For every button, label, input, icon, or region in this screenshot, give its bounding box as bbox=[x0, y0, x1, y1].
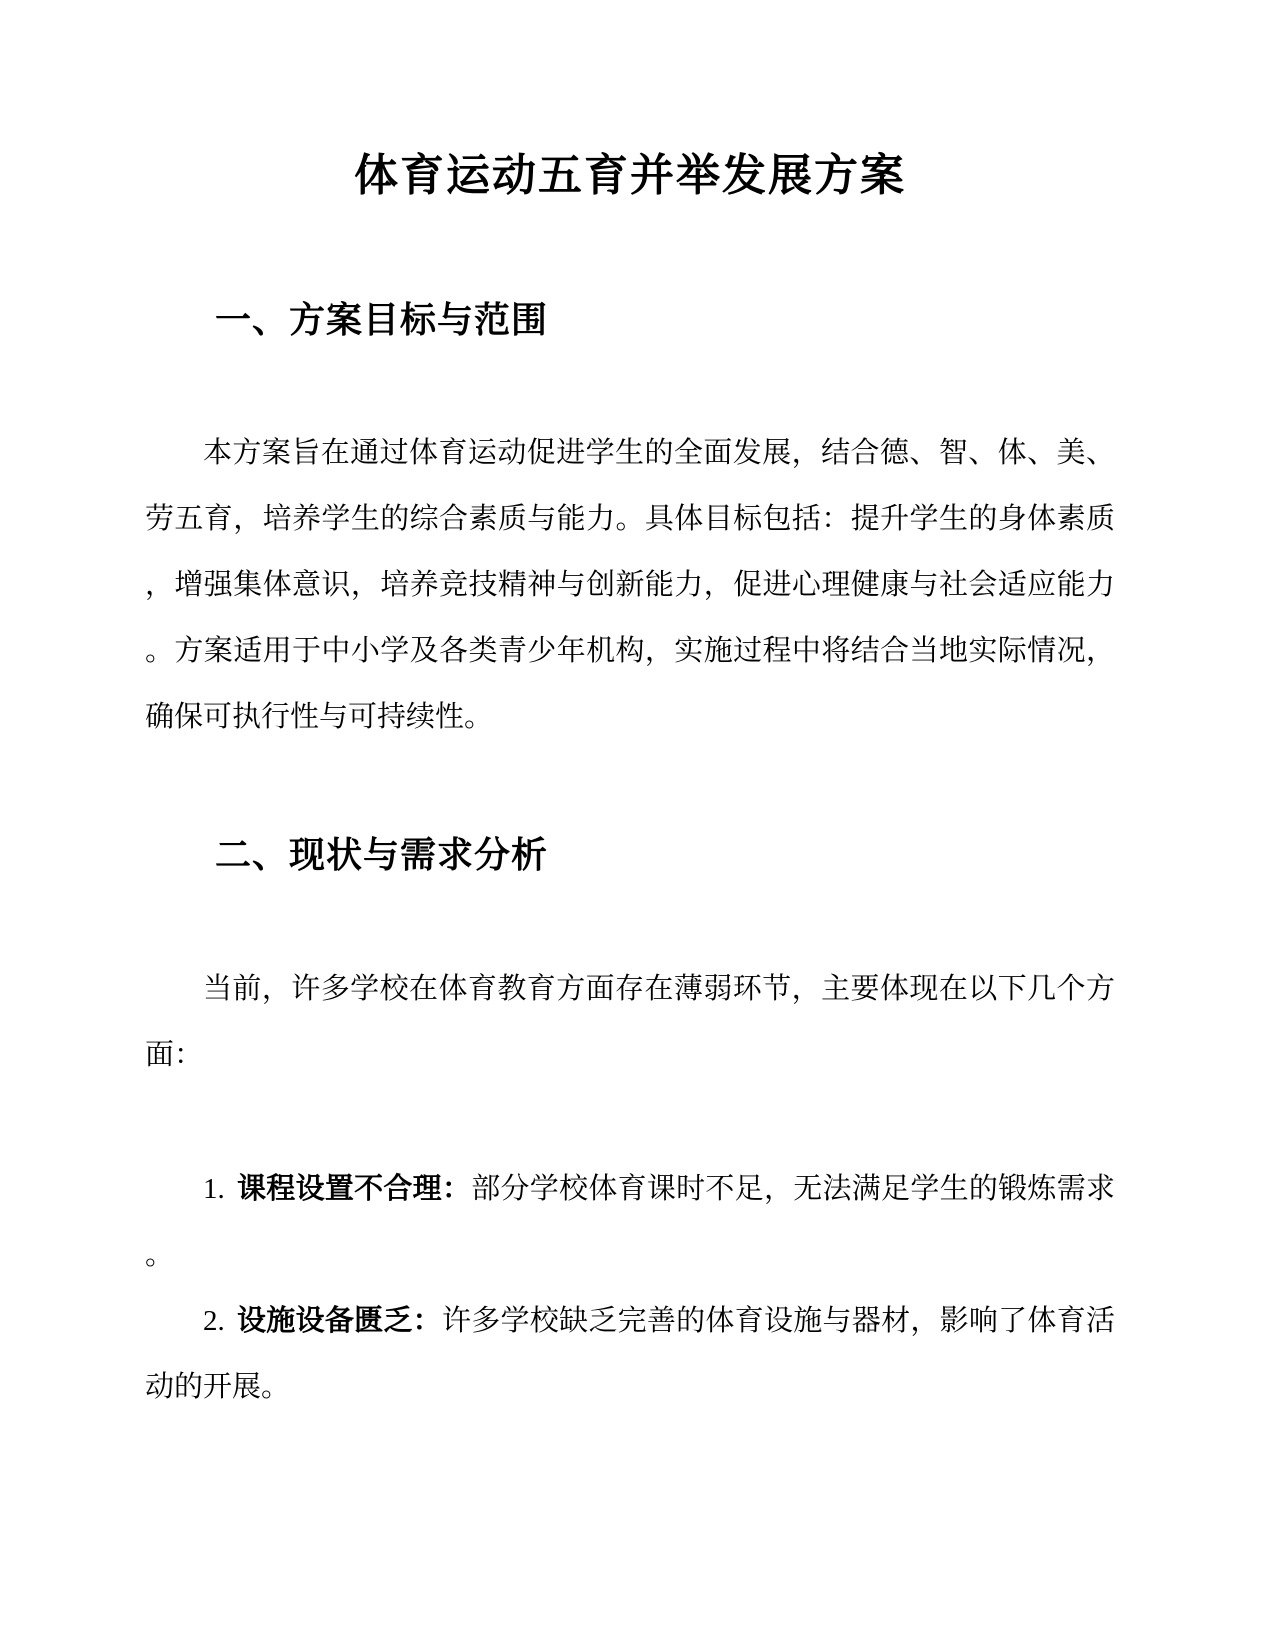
paragraph-objectives: 本方案旨在通过体育运动促进学生的全面发展，结合德、智、体、美、劳五育，培养学生的… bbox=[145, 420, 1115, 750]
document-title: 体育运动五育并举发展方案 bbox=[145, 150, 1115, 202]
list-item-curriculum-label: 课程设置不合理： bbox=[237, 1173, 471, 1205]
list-item-curriculum-number: 1. bbox=[203, 1173, 225, 1205]
section-heading-objectives: 一、方案目标与范围 bbox=[145, 298, 1115, 342]
document-page: 体育运动五育并举发展方案 一、方案目标与范围 本方案旨在通过体育运动促进学生的全… bbox=[0, 0, 1275, 1650]
list-item-facilities: 2.设施设备匮乏：许多学校缺乏完善的体育设施与器材，影响了体育活动的开展。 bbox=[145, 1288, 1115, 1420]
list-item-curriculum: 1.课程设置不合理：部分学校体育课时不足，无法满足学生的锻炼需求。 bbox=[145, 1156, 1115, 1288]
list-item-facilities-number: 2. bbox=[203, 1305, 225, 1337]
paragraph-analysis-intro: 当前，许多学校在体育教育方面存在薄弱环节，主要体现在以下几个方面： bbox=[145, 956, 1115, 1088]
list-item-facilities-label: 设施设备匮乏： bbox=[237, 1305, 442, 1337]
section-heading-analysis: 二、现状与需求分析 bbox=[145, 833, 1115, 877]
